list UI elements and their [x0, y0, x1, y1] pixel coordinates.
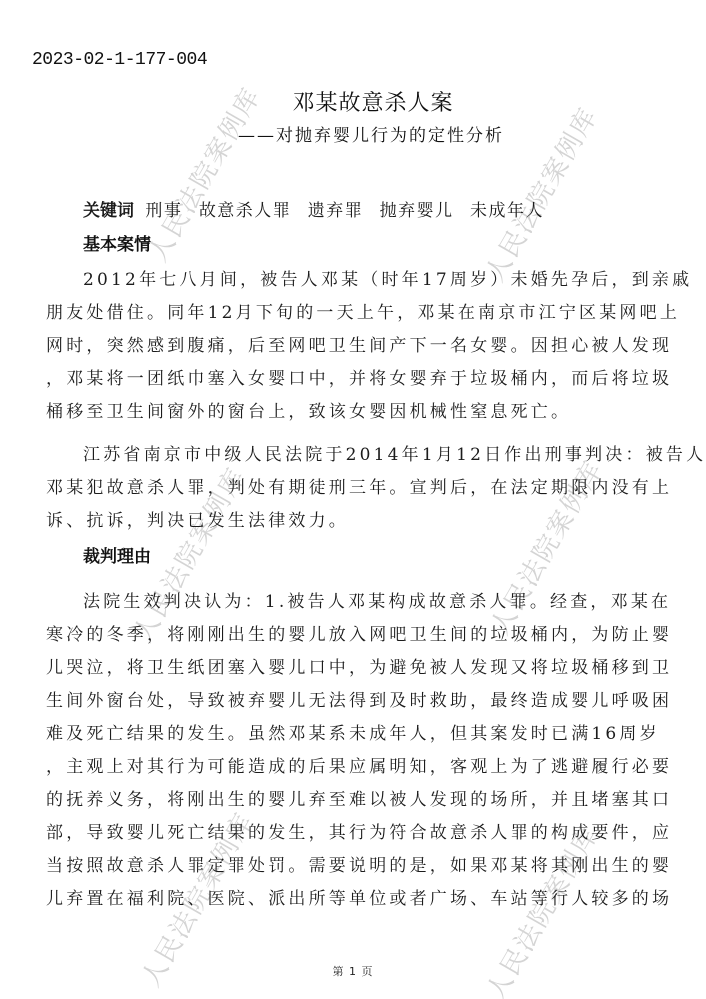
- paragraph-line: 法院生效判决认为：1.被告人邓某构成故意杀人罪。经查，邓某在: [83, 587, 671, 612]
- paragraph-line: 儿哭泣，将卫生纸团塞入婴儿口中，为避免被人发现又将垃圾桶移到卫: [46, 653, 672, 678]
- paragraph-line: ，邓某将一团纸巾塞入女婴口中，并将女婴弃于垃圾桶内，而后将垃圾: [46, 364, 672, 389]
- keyword: 抛弃婴儿: [380, 201, 454, 221]
- paragraph-line: 朋友处借住。同年12月下旬的一天上午，邓某在南京市江宁区某网吧上: [46, 298, 680, 323]
- paragraph-line: 邓某犯故意杀人罪，判处有期徒刑三年。宣判后，在法定期限内没有上: [46, 473, 672, 498]
- paragraph-line: 当按照故意杀人罪定罪处罚。需要说明的是，如果邓某将其刚出生的婴: [46, 851, 672, 876]
- paragraph-line: 寒冷的冬季，将刚刚出生的婴儿放入网吧卫生间的垃圾桶内，为防止婴: [46, 620, 672, 645]
- keyword: 故意杀人罪: [199, 201, 292, 221]
- paragraph-line: 桶移至卫生间窗外的窗台上，致该女婴因机械性窒息死亡。: [46, 397, 571, 422]
- paragraph-line: 难及死亡结果的发生。虽然邓某系未成年人，但其案发时已满16周岁: [46, 719, 660, 744]
- paragraph-line: 诉、抗诉，判决已发生法律效力。: [46, 506, 349, 531]
- document-page: 人民法院案例库 人民法院案例库 人民法院案例库 人民法院案例库 人民法院案例库 …: [0, 0, 706, 999]
- paragraph-line: 2012年七八月间，被告人邓某（时年17周岁）未婚先孕后，到亲戚: [83, 265, 692, 290]
- paragraph-line: 儿弃置在福利院、医院、派出所等单位或者广场、车站等行人较多的场: [46, 884, 672, 909]
- paragraph-line: 江苏省南京市中级人民法院于2014年1月12日作出刑事判决：被告人: [83, 440, 706, 465]
- keywords-row: 关键词 刑事 故意杀人罪 遗弃罪 抛弃婴儿 未成年人: [83, 196, 555, 221]
- paragraph-line: 生间外窗台处，导致被弃婴儿无法得到及时救助，最终造成婴儿呼吸困: [46, 686, 672, 711]
- document-title: 邓某故意杀人案: [0, 86, 706, 117]
- keyword: 遗弃罪: [308, 201, 364, 221]
- paragraph-line: ，主观上对其行为可能造成的后果应属明知，客观上为了逃避履行必要: [46, 752, 672, 777]
- keywords-label: 关键词: [83, 201, 134, 221]
- paragraph-line: 网时，突然感到腹痛，后至网吧卫生间产下一名女婴。因担心被人发现: [46, 331, 672, 356]
- document-subtitle: ——对抛弃婴儿行为的定性分析: [238, 121, 504, 146]
- page-number: 第 1 页: [0, 963, 706, 979]
- keyword: 未成年人: [470, 201, 544, 221]
- paragraph-line: 部，导致婴儿死亡结果的发生，其行为符合故意杀人罪的构成要件，应: [46, 818, 672, 843]
- paragraph-line: 的抚养义务，将刚出生的婴儿弃至难以被人发现的场所，并且堵塞其口: [46, 785, 672, 810]
- section-heading: 基本案情: [83, 230, 151, 255]
- keyword: 刑事: [145, 201, 182, 221]
- case-number: 2023-02-1-177-004: [32, 50, 207, 70]
- section-heading: 裁判理由: [83, 542, 151, 567]
